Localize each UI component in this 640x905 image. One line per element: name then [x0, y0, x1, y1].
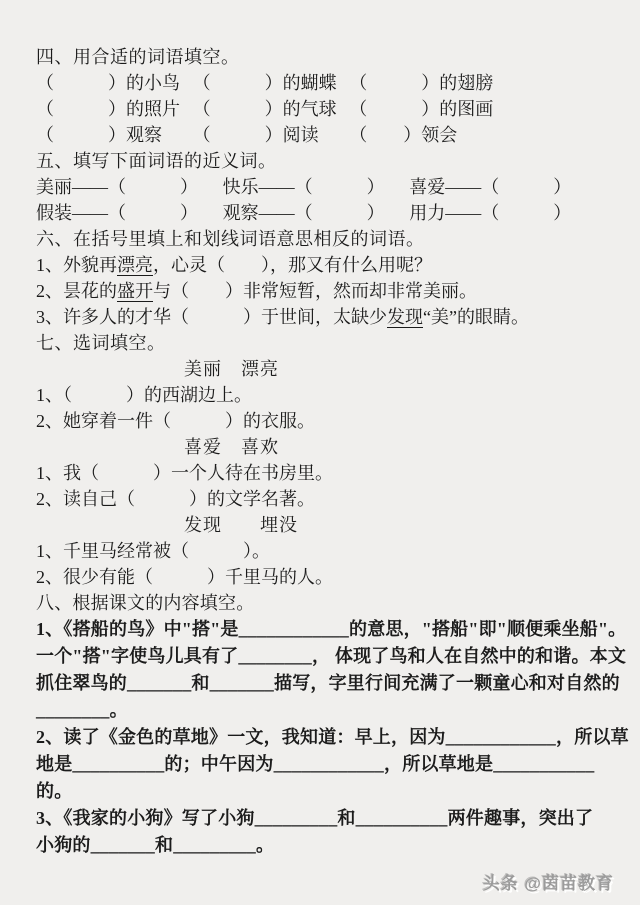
s7-group3-item-1: 1、千里马经常被（ ）。 [36, 538, 614, 564]
s7-word-choices-1: 美丽 漂亮 [184, 356, 614, 382]
section4-title: 四、用合适的词语填空。 [36, 44, 614, 70]
s7-group1-item-2: 2、她穿着一件（ ）的衣服。 [36, 408, 614, 434]
s8-item-1-number: 1、 [36, 619, 63, 639]
s4-blank-linghui: （ ）领会 [349, 122, 506, 148]
s6-item-1: 1、外貌再漂亮，心灵（ ），那又有什么用呢？ [36, 252, 614, 278]
s4-blank-yuedu: （ ）阅读 [193, 122, 350, 148]
s4-blank-xiaoniao: （ ）的小鸟 [36, 70, 193, 96]
s8-item-2-line-3: 的。 [36, 778, 614, 805]
s4-blank-qiqiu: （ ）的气球 [193, 96, 350, 122]
s8-item-2-line-1-text: 读了《金色的草地》一文，我知道：早上，因为____________，所以草 [63, 727, 628, 747]
s5-synonym-xiai: 喜爱——（ ） [409, 174, 596, 200]
s5-synonym-yongli: 用力——（ ） [409, 200, 596, 226]
s8-item-1-line-2: 一个"搭"字使鸟儿具有了________， 体现了鸟和人在自然中的和谐。本文 [36, 643, 614, 670]
s4-row-3: （ ）观察 （ ）阅读 （ ）领会 [36, 122, 506, 148]
s4-blank-zhaopian: （ ）的照片 [36, 96, 193, 122]
s6-item-1-text-a: 1、外貌再 [36, 255, 117, 275]
s7-group2-item-1: 1、我（ ）一个人待在书房里。 [36, 460, 614, 486]
s4-blank-tuhua: （ ）的图画 [349, 96, 506, 122]
s6-item-1-text-b: ，心灵（ ），那又有什么用呢？ [153, 255, 432, 275]
s7-group3-item-2: 2、很少有能（ ）千里马的人。 [36, 564, 614, 590]
s5-row-1: 美丽——（ ） 快乐——（ ） 喜爱——（ ） [36, 174, 596, 200]
s8-item-2-line-1: 2、读了《金色的草地》一文，我知道：早上，因为____________，所以草 [36, 724, 614, 751]
s8-item-3-line-1-text: 《我家的小狗》写了小狗_________和__________两件趣事，突出了 [63, 808, 593, 828]
s6-item-3-underlined-word: 发现 [387, 307, 423, 328]
s8-item-3-number: 3、 [36, 808, 63, 828]
s8-item-1-line-1: 1、《搭船的鸟》中"搭"是____________的意思，"搭船"即"顺便乘坐船… [36, 616, 614, 643]
s4-row-2: （ ）的照片 （ ）的气球 （ ）的图画 [36, 96, 506, 122]
s6-item-3-text-a: 3、许多人的才华（ ）于世间，太缺少 [36, 307, 387, 327]
s6-item-2: 2、昙花的盛开与（ ）非常短暂，然而却非常美丽。 [36, 278, 614, 304]
s5-synonym-kuaile: 快乐——（ ） [223, 174, 410, 200]
section6-title: 六、在括号里填上和划线词语意思相反的词语。 [36, 226, 614, 252]
s6-item-3-text-b: “美”的眼睛。 [423, 307, 529, 327]
s5-synonym-guancha: 观察——（ ） [223, 200, 410, 226]
s8-item-3-line-1: 3、《我家的小狗》写了小狗_________和__________两件趣事，突出… [36, 805, 614, 832]
s8-item-2-number: 2、 [36, 727, 63, 747]
s4-blank-hudie: （ ）的蝴蝶 [193, 70, 350, 96]
worksheet-page: 四、用合适的词语填空。 （ ）的小鸟 （ ）的蝴蝶 （ ）的翅膀 （ ）的照片 … [0, 0, 640, 859]
section8: 八、根据课文的内容填空。 1、《搭船的鸟》中"搭"是____________的意… [36, 590, 614, 859]
section5-title: 五、填写下面词语的近义词。 [36, 148, 614, 174]
section7-title: 七、选词填空。 [36, 330, 614, 356]
s4-blank-chibang: （ ）的翅膀 [349, 70, 506, 96]
s6-item-2-text-a: 2、昙花的 [36, 281, 117, 301]
s4-row-1: （ ）的小鸟 （ ）的蝴蝶 （ ）的翅膀 [36, 70, 506, 96]
s6-item-2-text-b: 与（ ）非常短暂，然而却非常美丽。 [153, 281, 477, 301]
s5-synonym-meili: 美丽——（ ） [36, 174, 223, 200]
s8-item-1-line-4: ________。 [36, 697, 614, 724]
s6-item-2-underlined-word: 盛开 [117, 281, 153, 302]
s8-item-3-line-2: 小狗的_______和_________。 [36, 832, 614, 859]
s8-item-1-line-3: 抓住翠鸟的_______和_______描写，字里行间充满了一颗童心和对自然的 [36, 670, 614, 697]
watermark-toutiao-yinmiao-jiaoyu: 头条 @茵苗教育 [483, 869, 614, 894]
section8-title: 八、根据课文的内容填空。 [36, 590, 614, 616]
s5-row-2: 假装——（ ） 观察——（ ） 用力——（ ） [36, 200, 596, 226]
s7-group1-item-1: 1、（ ）的西湖边上。 [36, 382, 614, 408]
s7-word-choices-2: 喜爱 喜欢 [184, 434, 614, 460]
s4-blank-guancha: （ ）观察 [36, 122, 193, 148]
s7-group2-item-2: 2、读自己（ ）的文学名著。 [36, 486, 614, 512]
s8-item-2-line-2: 地是__________的；中午因为____________，所以草地是____… [36, 751, 614, 778]
s6-item-3: 3、许多人的才华（ ）于世间，太缺少发现“美”的眼睛。 [36, 304, 614, 330]
s5-synonym-jiazhuang: 假装——（ ） [36, 200, 223, 226]
s8-item-1-line-1-text: 《搭船的鸟》中"搭"是____________的意思，"搭船"即"顺便乘坐船"。 [63, 619, 626, 639]
s7-word-choices-3: 发现 埋没 [184, 512, 614, 538]
s6-item-1-underlined-word: 漂亮 [117, 255, 153, 276]
